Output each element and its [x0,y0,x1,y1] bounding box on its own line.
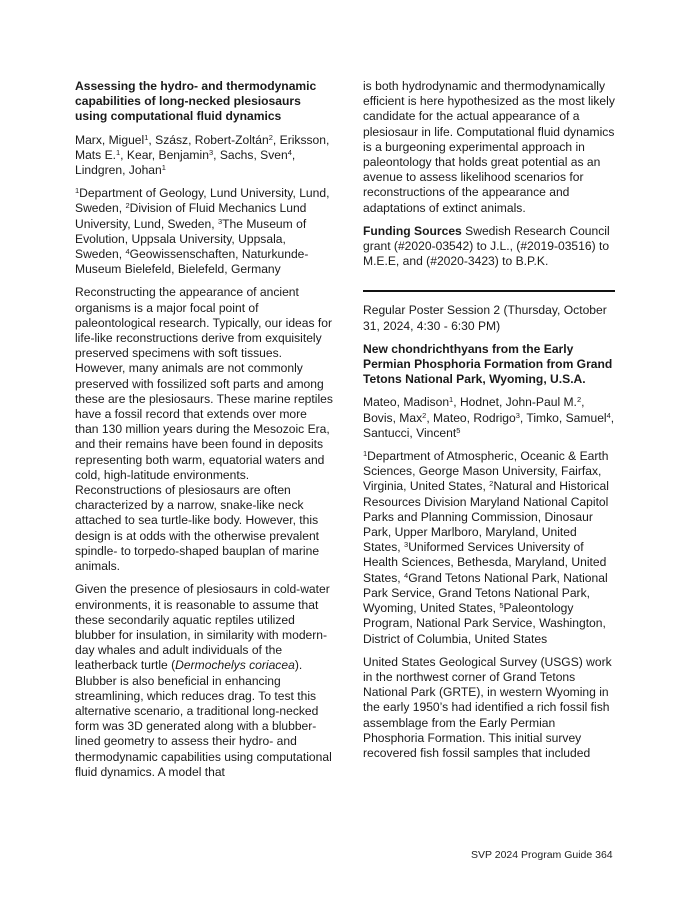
author-sup: 1 [449,395,453,404]
species-name: Dermochelys coriacea [175,658,295,672]
author-sup: 2 [422,411,426,420]
author: Santucci, Vincent [363,426,456,440]
author-sup: 1 [116,148,120,157]
page-footer: SVP 2024 Program Guide 364 [471,849,613,861]
abstract1-paragraph-1: Reconstructing the appearance of ancient… [75,285,333,574]
author: Kear, Benjamin [127,148,209,162]
author-sup: 5 [456,426,460,435]
abstract2-title: New chondrichthyans from the Early Permi… [363,342,615,388]
author: Timko, Samuel [526,411,606,425]
author: Lindgren, Johan [75,163,162,177]
author: Sachs, Sven [220,148,288,162]
session-info: Regular Poster Session 2 (Thursday, Octo… [363,303,615,333]
abstract1-title: Assessing the hydro- and thermodynamic c… [75,79,333,125]
author-sup: 4 [288,148,292,157]
author-sup: 3 [516,411,520,420]
author-sup: 2 [269,133,273,142]
author: Bovis, Max [363,411,422,425]
abstract1-affiliations: 1Department of Geology, Lund University,… [75,186,333,277]
abstract1-continued: is both hydrodynamic and thermodynamical… [363,79,615,216]
abstract2-affiliations: 1Department of Atmospheric, Oceanic & Ea… [363,449,615,647]
para-text: ). Blubber is also beneficial in enhanci… [75,658,332,778]
author: Hodnet, John-Paul M. [460,395,577,409]
funding-label: Funding Sources [363,224,462,238]
abstract2-authors: Mateo, Madison1, Hodnet, John-Paul M.2, … [363,395,615,441]
author-sup: 4 [607,411,611,420]
author: Mateo, Madison [363,395,449,409]
funding-sources: Funding Sources Swedish Research Council… [363,224,615,270]
abstract1-paragraph-2: Given the presence of plesiosaurs in col… [75,582,333,780]
author-sup: 1 [144,133,148,142]
author: Mateo, Rodrigo [433,411,516,425]
abstract1-authors: Marx, Miguel1, Szász, Robert-Zoltán2, Er… [75,133,333,179]
author-sup: 3 [209,148,213,157]
right-column: is both hydrodynamic and thermodynamical… [363,79,615,769]
abstract2-paragraph-1: United States Geological Survey (USGS) w… [363,655,615,761]
section-divider [363,290,615,292]
author: Szász, Robert-Zoltán [155,133,269,147]
left-column: Assessing the hydro- and thermodynamic c… [75,79,333,788]
author-sup: 1 [162,163,166,172]
author: Marx, Miguel [75,133,144,147]
author-sup: 2 [577,395,581,404]
